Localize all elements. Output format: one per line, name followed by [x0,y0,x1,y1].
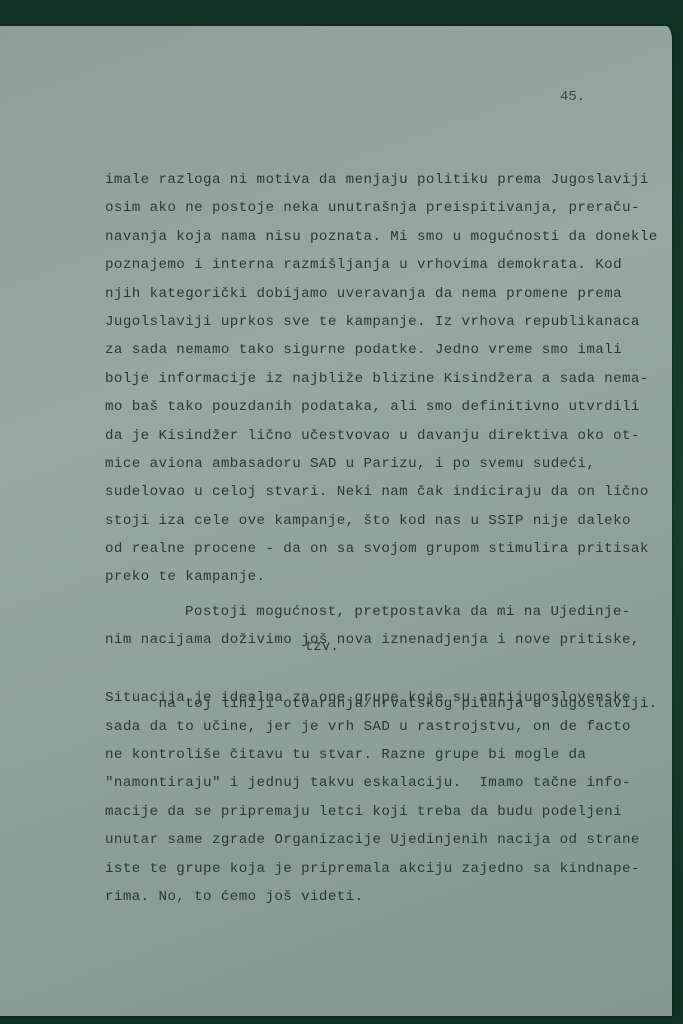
paragraph-1: imale razloga ni motiva da menjaju polit… [105,170,665,596]
paragraph-2: Postoji mogućnost, pretpostavka da mi na… [105,602,665,916]
text-line: stoji iza cele ove kampanje, što kod nas… [105,511,665,539]
text-line: mo baš tako pouzdanih podataka, ali smo … [105,397,665,425]
text-line: navanja koja nama nisu poznata. Mi smo u… [105,227,665,255]
text-line: osim ako ne postoje neka unutrašnja prei… [105,198,665,226]
text-line: iste te grupe koja je pripremala akciju … [105,859,665,887]
text-line-with-insert: tzv. na toj liniji otvaranja/hrvatskog p… [105,654,665,688]
interlinear-insert: tzv. [305,641,339,655]
text-line: mice aviona ambasadoru SAD u Parizu, i p… [105,454,665,482]
text-line: ne kontroliše čitavu tu stvar. Razne gru… [105,745,665,773]
text-line: da je Kisindžer lično učestvovao u davan… [105,426,665,454]
text-line: nim nacijama doživimo još nova iznenadje… [105,630,665,654]
text-line: "namontiraju" i jednuj takvu eskalaciju.… [105,773,665,801]
text-line: rima. No, to ćemo još videti. [105,887,665,915]
text-line: njih kategorički dobijamo uveravanja da … [105,284,665,312]
text-line: sada da to učine, jer je vrh SAD u rastr… [105,717,665,745]
text-line: bolje informacije iz najbliže blizine Ki… [105,369,665,397]
text-line: macije da se pripremaju letci koji treba… [105,802,665,830]
text-line-indented: Postoji mogućnost, pretpostavka da mi na… [105,602,665,630]
text-line: od realne procene - da on sa svojom grup… [105,539,665,567]
text-line: unutar same zgrade Organizacije Ujedinje… [105,830,665,858]
text-line: sudelovao u celoj stvari. Neki nam čak i… [105,482,665,510]
text-line: Jugolslaviji uprkos sve te kampanje. Iz … [105,312,665,340]
text-line: poznajemo i interna razmišljanja u vrhov… [105,255,665,283]
document-body: imale razloga ni motiva da menjaju polit… [105,170,665,915]
text-line: imale razloga ni motiva da menjaju polit… [105,170,665,198]
text-line-content: na toj liniji otvaranja/hrvatskog pitanj… [158,696,657,712]
page-number: 45. [560,89,585,105]
text-line: za sada nemamo tako sigurne podatke. Jed… [105,340,665,368]
text-line: preko te kampanje. [105,567,665,595]
